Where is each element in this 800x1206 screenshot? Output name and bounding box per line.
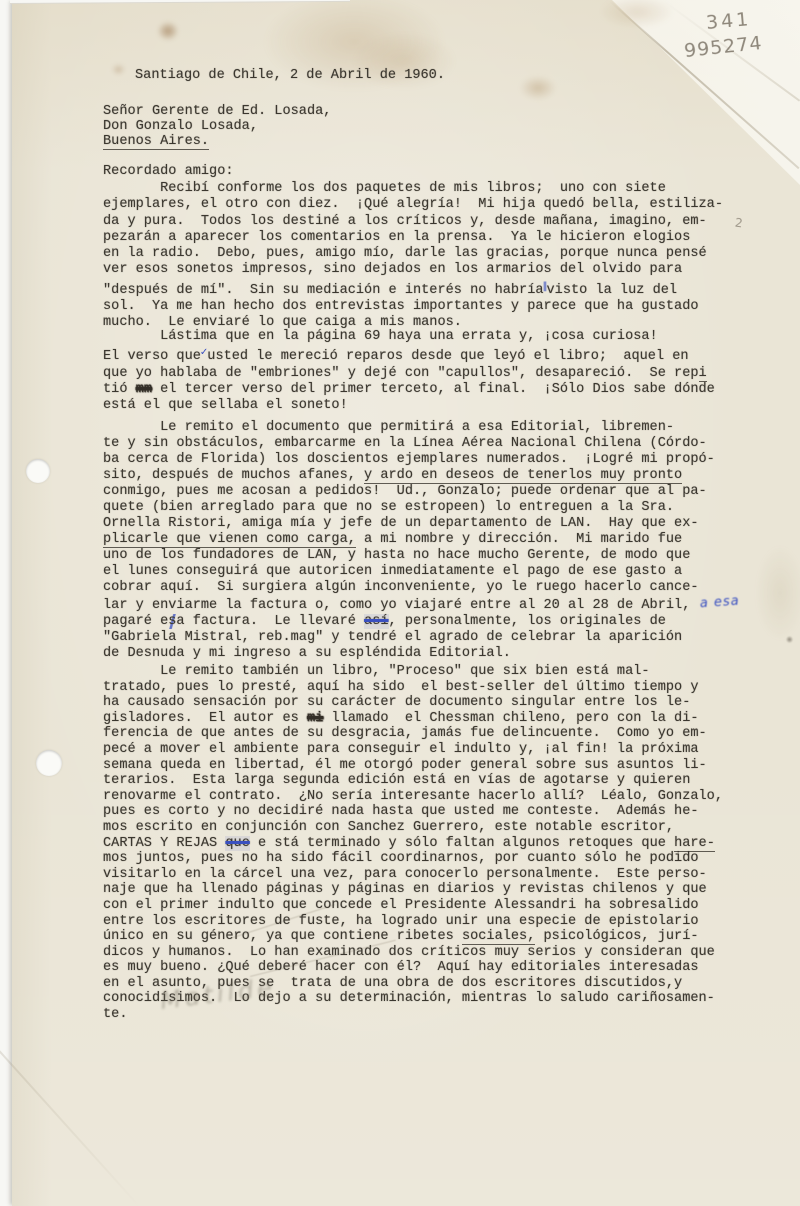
- text-line: es muy bueno. ¿Qué deberé hacer con él? …: [103, 960, 723, 976]
- text-line: CARTAS Y REJAS que e stá terminado y sól…: [103, 836, 723, 852]
- text-line: está el que sellaba el soneto!: [103, 398, 715, 414]
- text-line: plicarle que vienen como carga, a mi nom…: [103, 532, 740, 548]
- paragraph: Le remito también un libro, "Proceso" qu…: [103, 664, 723, 1023]
- recipient-line: Señor Gerente de Ed. Losada,: [103, 104, 331, 119]
- paragraph: Le remito el documento que permitirá a e…: [103, 420, 740, 662]
- recipient-block: Señor Gerente de Ed. Losada, Don Gonzalo…: [103, 104, 331, 150]
- stain: [158, 22, 178, 40]
- salutation: Recordado amigo:: [103, 164, 234, 179]
- text-line: sito, después de muchos afanes, y ardo e…: [103, 468, 740, 484]
- text-line: de Desnuda y mi ingreso a su espléndida …: [103, 646, 740, 662]
- text-line: mos escrito en conjunción con Sanchez Gu…: [103, 820, 723, 836]
- text-line: El verso que✓usted le mereció reparos de…: [103, 345, 715, 365]
- text-line: visitarlo en la cárcel una vez, para con…: [103, 867, 723, 883]
- text-line: "Gabriela Mistral, reb.mag" y tendré el …: [103, 630, 740, 646]
- text-line: quete (bien arreglado para que no se est…: [103, 500, 740, 516]
- paper-sheet: 341 995274 2 Santiago de Chile, 2 de Abr…: [12, 0, 800, 1206]
- text-line: ba cerca de Florida) los doscientos ejem…: [103, 452, 740, 468]
- text-line: Le remito el documento que permitirá a e…: [103, 420, 740, 436]
- text-line: terarios. Esta larga segunda edición est…: [103, 773, 723, 789]
- text-line: Le remito también un libro, "Proceso" qu…: [103, 664, 723, 680]
- document-scan: 341 995274 2 Santiago de Chile, 2 de Abr…: [0, 0, 800, 1206]
- text-line: el lunes conseguirá que autoricen inmedi…: [103, 564, 740, 580]
- text-line: tió mm el tercer verso del primer tercet…: [103, 382, 715, 398]
- text-line: da y pura. Todos los destiné a los críti…: [103, 214, 723, 230]
- text-line: dicos y humanos. Lo han examinado dos cr…: [103, 945, 723, 961]
- text-line: que yo hablaba de "embriones" y dejé con…: [103, 366, 715, 382]
- text-line: lar y enviarme la factura o, como yo via…: [103, 597, 740, 614]
- text-line: tratado, pues lo presté, aquí ha sido el…: [103, 680, 723, 696]
- recipient-line: Don Gonzalo Losada,: [103, 119, 331, 134]
- recipient-city-underlined: Buenos Aires.: [103, 134, 209, 150]
- text-line: conmigo, pues me acosan a pedidos! Ud., …: [103, 484, 740, 500]
- text-line: "después de mí". Sin su mediación e inte…: [103, 279, 723, 299]
- text-line: Recibí conforme los dos paquetes de mis …: [103, 181, 723, 197]
- text-line: ver esos sonetos impresos, sino dejados …: [103, 262, 723, 278]
- stain: [786, 636, 793, 643]
- text-line: Ornella Ristori, amiga mía y jefe de un …: [103, 516, 740, 532]
- text-line: mos juntos, pues no ha sido fácil coordi…: [103, 851, 723, 867]
- text-line: ferencia de que antes de su desgracia, j…: [103, 726, 723, 742]
- text-line: ha causado sensación por su carácter de …: [103, 695, 723, 711]
- text-line: con el primer indulto que concede el Pre…: [103, 898, 723, 914]
- text-line: cobrar aquí. Si surgiera algún inconveni…: [103, 580, 740, 596]
- text-line: ejemplares, el otro con diez. ¡Qué alegr…: [103, 197, 723, 213]
- punch-hole: [36, 750, 62, 776]
- text-line: entre los escritores de fuste, ha lograd…: [103, 914, 723, 930]
- punch-hole: [26, 459, 50, 483]
- text-line: Lástima que en la página 69 haya una err…: [103, 329, 715, 345]
- text-line: pezarán a aparecer los comentarios en la…: [103, 230, 723, 246]
- text-line: gisladores. El autor es mi llamado el Ch…: [103, 711, 723, 727]
- paragraph: Recibí conforme los dos paquetes de mis …: [103, 181, 723, 332]
- text-line: naje que ha llenado páginas y páginas en…: [103, 882, 723, 898]
- text-line: pecé a mover el ambiente para conseguir …: [103, 742, 723, 758]
- text-line: único en su género, ya que contiene ribe…: [103, 929, 723, 945]
- text-line: renovarme el contrato. ¿No sería interes…: [103, 789, 723, 805]
- paragraph: Lástima que en la página 69 haya una err…: [103, 329, 715, 414]
- text-line: pagaré esa factura. Le llevaré así, pers…: [103, 614, 740, 630]
- text-line: sol. Ya me han hecho dos entrevistas imp…: [103, 299, 723, 315]
- recipient-line: Buenos Aires.: [103, 134, 331, 149]
- archive-number-pencil: 995274: [683, 32, 763, 62]
- archive-number-pencil: 341: [705, 8, 752, 34]
- text-line: pues es corto y no decidiré nada hasta q…: [103, 804, 723, 820]
- text-line: en la radio. Debo, pues, amigo mío, darl…: [103, 246, 723, 262]
- text-line: uno de los fundadores de LAN, y hasta no…: [103, 548, 740, 564]
- date-line: Santiago de Chile, 2 de Abril de 1960.: [135, 68, 445, 83]
- text-line: semana queda en libertad, él me otorgó p…: [103, 758, 723, 774]
- text-line: te y sin obstáculos, embarcarme en la Lí…: [103, 436, 740, 452]
